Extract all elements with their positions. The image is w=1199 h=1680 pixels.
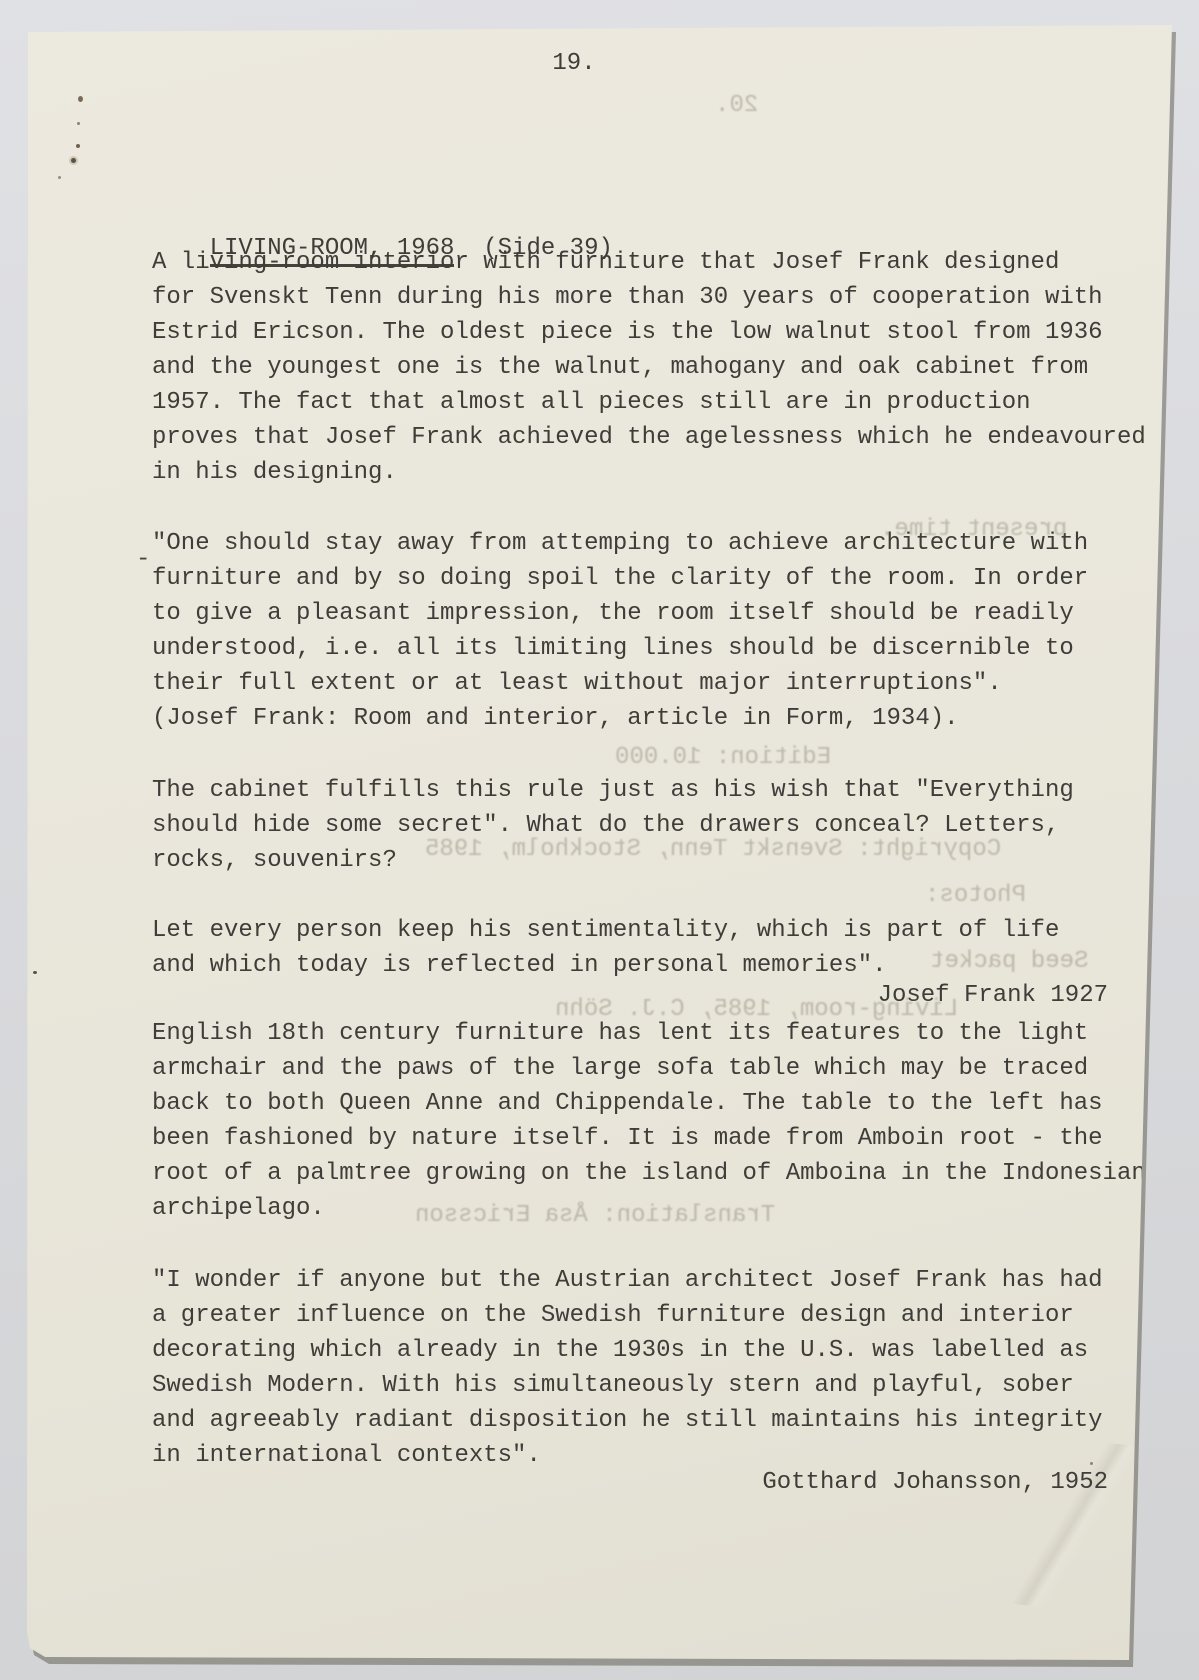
attribution-gotthard-johansson: Gotthard Johansson, 1952 (152, 1465, 1108, 1500)
paragraph-cabinet: The cabinet fulfills this rule just as h… (152, 773, 1074, 878)
document-page: 20. present time. Edition: 10.000 Copyri… (0, 0, 1199, 1680)
paper-speck (77, 122, 80, 125)
paper-speck (33, 971, 37, 974)
paragraph-quote-wonder: "I wonder if anyone but the Austrian arc… (152, 1263, 1103, 1473)
paper-speck (76, 144, 80, 148)
paper-speck (78, 96, 83, 102)
attribution-josef-frank: Josef Frank 1927 (152, 978, 1108, 1013)
paper-speck (71, 158, 76, 163)
scanned-document: { "page": { "number": "19.", "title": "L… (0, 0, 1199, 1680)
bleedthrough-line: Edition: 10.000 (615, 740, 831, 775)
paragraph-intro: A living-room interior with furniture th… (152, 245, 1146, 490)
paragraph-sentimentality: Let every person keep his sentimentality… (152, 913, 1059, 983)
paper-speck (58, 176, 61, 179)
paragraph-quote-architecture: "One should stay away from attemping to … (152, 526, 1088, 736)
bleedthrough-line: Photos: (925, 878, 1026, 913)
stray-dash-mark: - (136, 548, 150, 572)
bleedthrough-line: 20. (715, 88, 758, 123)
page-number: 19. (124, 46, 1024, 81)
paragraph-english-furniture: English 18th century furniture has lent … (152, 1016, 1146, 1226)
